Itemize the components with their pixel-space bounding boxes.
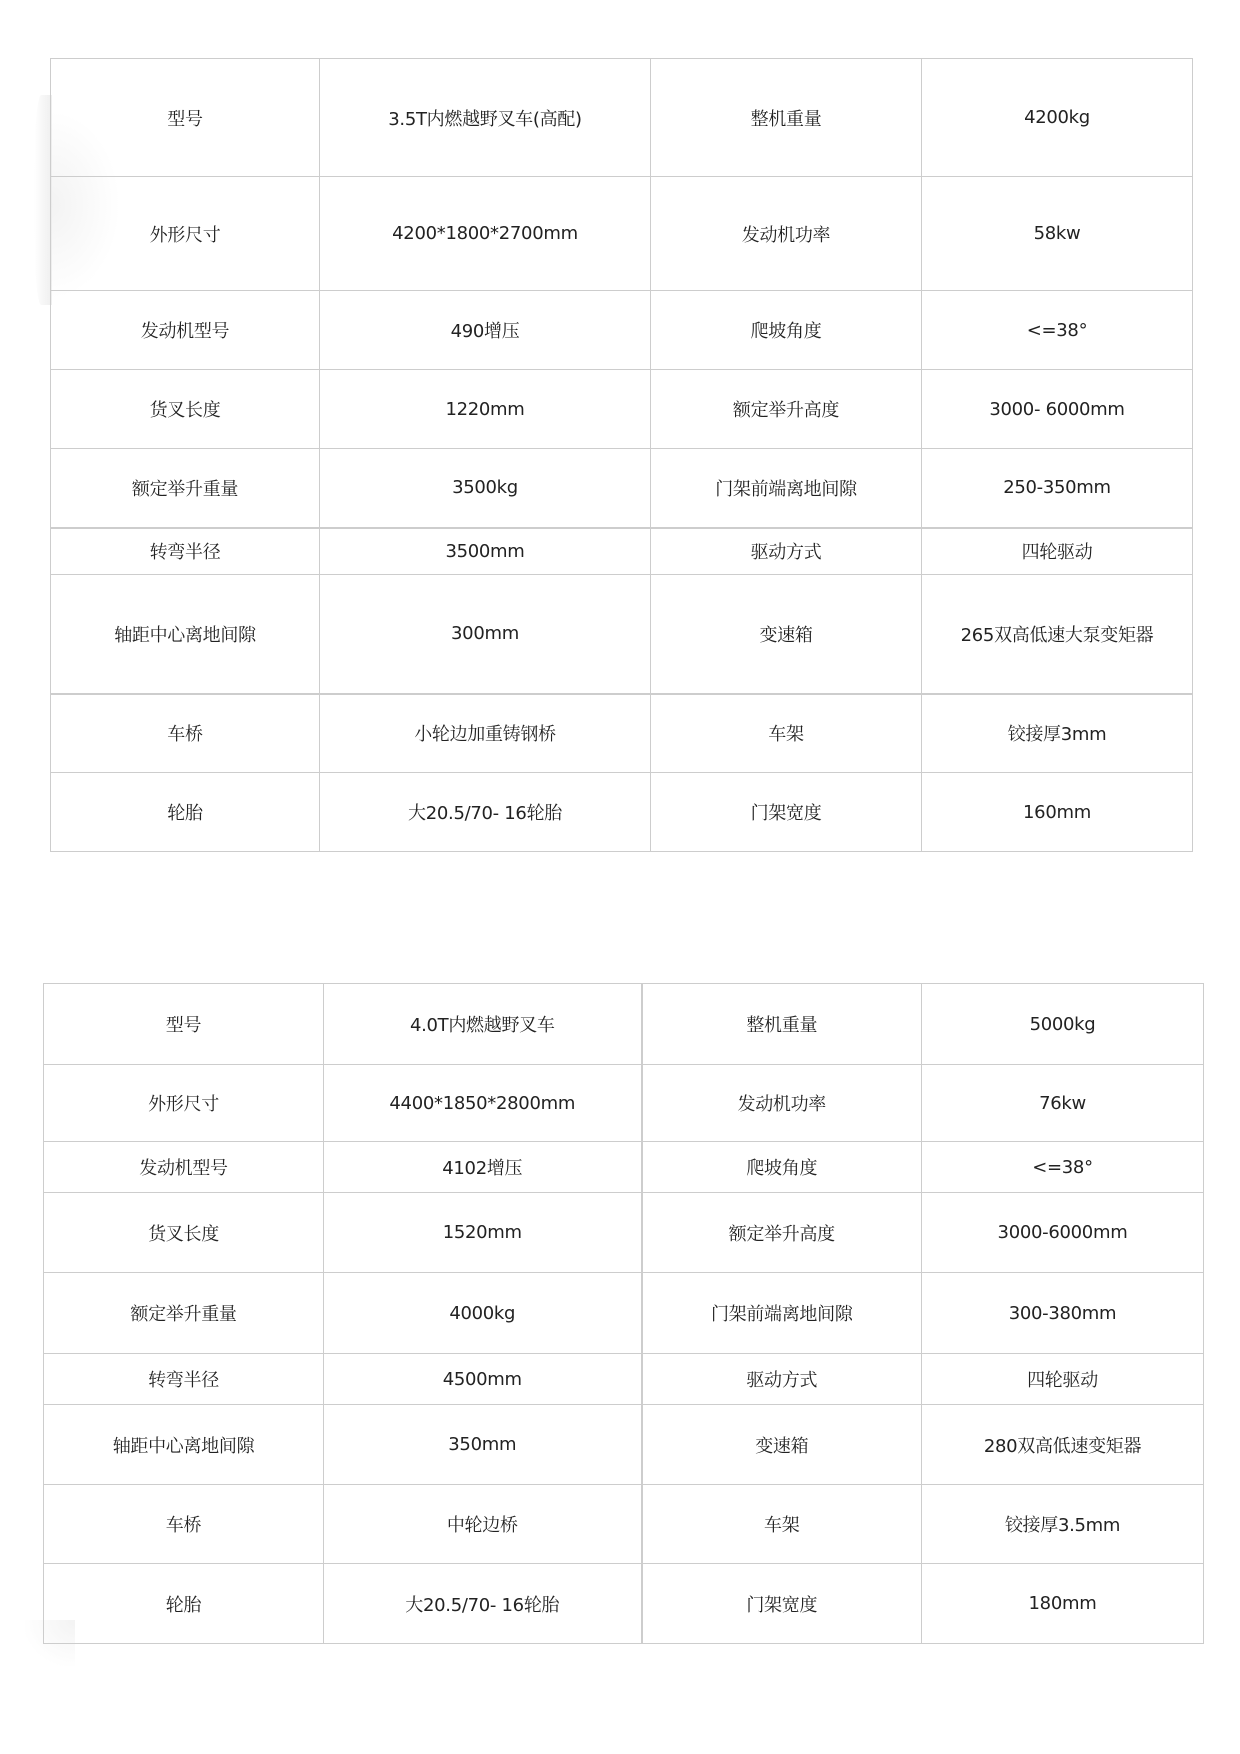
table-row: 车桥 小轮边加重铸钢桥 车架 铰接厚3mm bbox=[51, 694, 1193, 773]
spec-value: 1520mm bbox=[324, 1193, 642, 1273]
spec-label: 门架前端离地间隙 bbox=[651, 449, 922, 528]
spec-value: 4500mm bbox=[324, 1354, 642, 1405]
table-row: 车桥 中轮边桥 车架 铰接厚3.5mm bbox=[44, 1485, 1204, 1564]
spec-value: 58kw bbox=[922, 177, 1193, 291]
spec-value: 3000-6000mm bbox=[922, 1193, 1204, 1273]
spec-label: 变速箱 bbox=[642, 1405, 922, 1485]
spec-label: 门架宽度 bbox=[642, 1564, 922, 1644]
spec-value: 180mm bbox=[922, 1564, 1204, 1644]
table-row: 转弯半径 3500mm 驱动方式 四轮驱动 bbox=[51, 528, 1193, 575]
spec-value: 4200*1800*2700mm bbox=[320, 177, 651, 291]
spec-value: 250-350mm bbox=[922, 449, 1193, 528]
spec-label: 轮胎 bbox=[44, 1564, 324, 1644]
spec-label: 货叉长度 bbox=[44, 1193, 324, 1273]
spec-label: 额定举升重量 bbox=[44, 1273, 324, 1354]
spec-value: 4200kg bbox=[922, 59, 1193, 177]
spec-table-3-5t: 型号 3.5T内燃越野叉车(高配) 整机重量 4200kg 外形尺寸 4200*… bbox=[50, 58, 1193, 852]
spec-label: 门架宽度 bbox=[651, 773, 922, 852]
spec-table-4-0t: 型号 4.0T内燃越野叉车 整机重量 5000kg 外形尺寸 4400*1850… bbox=[43, 983, 1204, 1644]
spec-label: 发动机功率 bbox=[651, 177, 922, 291]
spec-value: 280双高低速变矩器 bbox=[922, 1405, 1204, 1485]
table-row: 外形尺寸 4400*1850*2800mm 发动机功率 76kw bbox=[44, 1065, 1204, 1142]
spec-value: <=38° bbox=[922, 291, 1193, 370]
spec-value: 四轮驱动 bbox=[922, 528, 1193, 575]
spec-value: 300mm bbox=[320, 575, 651, 694]
spec-value: 5000kg bbox=[922, 984, 1204, 1065]
spec-value: 3000- 6000mm bbox=[922, 370, 1193, 449]
table-row: 转弯半径 4500mm 驱动方式 四轮驱动 bbox=[44, 1354, 1204, 1405]
spec-value: 300-380mm bbox=[922, 1273, 1204, 1354]
spec-label: 转弯半径 bbox=[51, 528, 320, 575]
spec-label: 整机重量 bbox=[651, 59, 922, 177]
spec-label: 外形尺寸 bbox=[44, 1065, 324, 1142]
spec-value: 中轮边桥 bbox=[324, 1485, 642, 1564]
spec-label: 车架 bbox=[651, 694, 922, 773]
spec-value: 490增压 bbox=[320, 291, 651, 370]
spec-value: <=38° bbox=[922, 1142, 1204, 1193]
table-row: 型号 4.0T内燃越野叉车 整机重量 5000kg bbox=[44, 984, 1204, 1065]
spec-value: 四轮驱动 bbox=[922, 1354, 1204, 1405]
spec-label: 车桥 bbox=[44, 1485, 324, 1564]
table-row: 轴距中心离地间隙 300mm 变速箱 265双高低速大泵变矩器 bbox=[51, 575, 1193, 694]
table-row: 货叉长度 1520mm 额定举升高度 3000-6000mm bbox=[44, 1193, 1204, 1273]
spec-label: 转弯半径 bbox=[44, 1354, 324, 1405]
spec-label: 额定举升高度 bbox=[642, 1193, 922, 1273]
spec-label: 发动机型号 bbox=[44, 1142, 324, 1193]
spec-value: 76kw bbox=[922, 1065, 1204, 1142]
spec-label: 驱动方式 bbox=[642, 1354, 922, 1405]
table-row: 轮胎 大20.5/70- 16轮胎 门架宽度 160mm bbox=[51, 773, 1193, 852]
spec-label: 门架前端离地间隙 bbox=[642, 1273, 922, 1354]
spec-label: 驱动方式 bbox=[651, 528, 922, 575]
spec-value: 1220mm bbox=[320, 370, 651, 449]
table-row: 外形尺寸 4200*1800*2700mm 发动机功率 58kw bbox=[51, 177, 1193, 291]
spec-value: 铰接厚3mm bbox=[922, 694, 1193, 773]
table-row: 额定举升重量 4000kg 门架前端离地间隙 300-380mm bbox=[44, 1273, 1204, 1354]
spec-label: 车架 bbox=[642, 1485, 922, 1564]
spec-label: 额定举升重量 bbox=[51, 449, 320, 528]
spec-value: 4102增压 bbox=[324, 1142, 642, 1193]
spec-value: 3.5T内燃越野叉车(高配) bbox=[320, 59, 651, 177]
spec-value: 铰接厚3.5mm bbox=[922, 1485, 1204, 1564]
spec-label: 额定举升高度 bbox=[651, 370, 922, 449]
table-row: 轴距中心离地间隙 350mm 变速箱 280双高低速变矩器 bbox=[44, 1405, 1204, 1485]
spec-value: 3500mm bbox=[320, 528, 651, 575]
spec-value: 4.0T内燃越野叉车 bbox=[324, 984, 642, 1065]
spec-value: 350mm bbox=[324, 1405, 642, 1485]
spec-label: 整机重量 bbox=[642, 984, 922, 1065]
spec-label: 货叉长度 bbox=[51, 370, 320, 449]
spec-label: 轮胎 bbox=[51, 773, 320, 852]
spec-value: 265双高低速大泵变矩器 bbox=[922, 575, 1193, 694]
spec-value: 160mm bbox=[922, 773, 1193, 852]
spec-label: 型号 bbox=[44, 984, 324, 1065]
spec-label: 爬坡角度 bbox=[651, 291, 922, 370]
table-row: 发动机型号 4102增压 爬坡角度 <=38° bbox=[44, 1142, 1204, 1193]
spec-value: 4400*1850*2800mm bbox=[324, 1065, 642, 1142]
spec-label: 变速箱 bbox=[651, 575, 922, 694]
spec-value: 3500kg bbox=[320, 449, 651, 528]
spec-label: 外形尺寸 bbox=[51, 177, 320, 291]
spec-label: 轴距中心离地间隙 bbox=[44, 1405, 324, 1485]
table-row: 货叉长度 1220mm 额定举升高度 3000- 6000mm bbox=[51, 370, 1193, 449]
spec-label: 型号 bbox=[51, 59, 320, 177]
spec-label: 爬坡角度 bbox=[642, 1142, 922, 1193]
spec-value: 4000kg bbox=[324, 1273, 642, 1354]
spec-label: 轴距中心离地间隙 bbox=[51, 575, 320, 694]
table-row: 轮胎 大20.5/70- 16轮胎 门架宽度 180mm bbox=[44, 1564, 1204, 1644]
spec-label: 发动机功率 bbox=[642, 1065, 922, 1142]
spec-value: 大20.5/70- 16轮胎 bbox=[320, 773, 651, 852]
spec-label: 车桥 bbox=[51, 694, 320, 773]
spec-label: 发动机型号 bbox=[51, 291, 320, 370]
table-row: 额定举升重量 3500kg 门架前端离地间隙 250-350mm bbox=[51, 449, 1193, 528]
table-row: 型号 3.5T内燃越野叉车(高配) 整机重量 4200kg bbox=[51, 59, 1193, 177]
spec-value: 大20.5/70- 16轮胎 bbox=[324, 1564, 642, 1644]
table-row: 发动机型号 490增压 爬坡角度 <=38° bbox=[51, 291, 1193, 370]
spec-value: 小轮边加重铸钢桥 bbox=[320, 694, 651, 773]
